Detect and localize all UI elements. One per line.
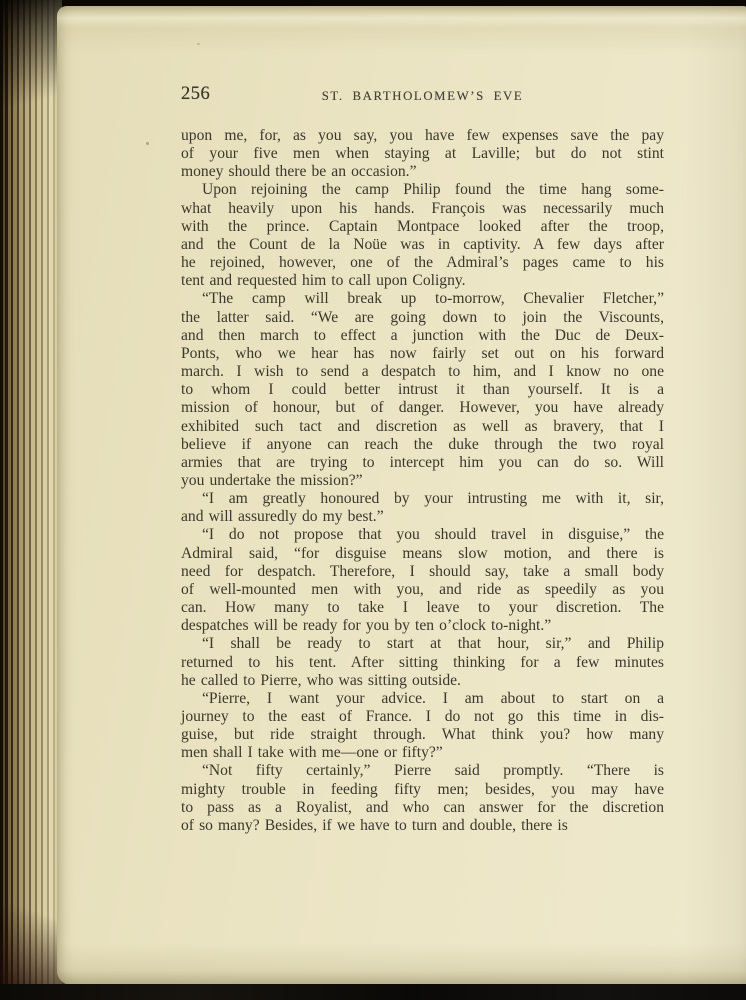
text-line: the latter said. “We are going down to j… (181, 309, 664, 327)
paper-speck (146, 142, 149, 145)
text-line: what heavily upon his hands. François wa… (181, 200, 664, 218)
text-line: and then march to effect a junction with… (181, 327, 664, 345)
text-line: you undertake the mission?” (181, 472, 664, 490)
text-line: march. I wish to send a despatch to him,… (181, 363, 664, 381)
text-line: “I do not propose that you should travel… (181, 526, 664, 544)
text-line: need for despatch. Therefore, I should s… (181, 563, 664, 581)
text-line: “Pierre, I want your advice. I am about … (181, 690, 664, 708)
text-line: “The camp will break up to-morrow, Cheva… (181, 290, 664, 308)
text-line: money should there be an occasion.” (181, 163, 664, 181)
text-line: returned to his tent. After sitting thin… (181, 654, 664, 672)
text-line: believe if anyone can reach the duke thr… (181, 436, 664, 454)
text-line: “I am greatly honoured by your intrustin… (181, 490, 664, 508)
text-line: journey to the east of France. I do not … (181, 708, 664, 726)
text-line: to whom I could better intrust it than y… (181, 381, 664, 399)
running-title: ST. BARTHOLOMEW’S EVE (181, 89, 664, 104)
book-photo: 256 ST. BARTHOLOMEW’S EVE upon me, for, … (0, 0, 746, 1000)
text-line: men shall I take with me—one or fifty?” (181, 744, 664, 762)
page-text: upon me, for, as you say, you have few e… (181, 127, 664, 835)
text-line: Admiral said, “for disguise means slow m… (181, 545, 664, 563)
text-line: of so many? Besides, if we have to turn … (181, 817, 664, 835)
text-line: guise, but ride straight through. What t… (181, 726, 664, 744)
text-line: despatches will be ready for you by ten … (181, 617, 664, 635)
text-line: and the Count de la Noüe was in captivit… (181, 236, 664, 254)
text-line: exhibited such tact and discretion as we… (181, 418, 664, 436)
text-line: and will assuredly do my best.” (181, 508, 664, 526)
text-line: tent and requested him to call upon Coli… (181, 272, 664, 290)
text-line: mighty trouble in feeding fifty men; bes… (181, 781, 664, 799)
text-line: mission of honour, but of danger. Howeve… (181, 399, 664, 417)
book-bottom-edge (0, 984, 746, 1000)
text-line: upon me, for, as you say, you have few e… (181, 127, 664, 145)
text-line: armies that are trying to intercept him … (181, 454, 664, 472)
text-line: “I shall be ready to start at that hour,… (181, 635, 664, 653)
text-line: Upon rejoining the camp Philip found the… (181, 181, 664, 199)
text-line: Ponts, who we hear has now fairly set ou… (181, 345, 664, 363)
text-line: with the prince. Captain Montpace looked… (181, 218, 664, 236)
text-line: of your five men when staying at Laville… (181, 145, 664, 163)
paper-speck (197, 43, 200, 45)
text-line: he called to Pierre, who was sitting out… (181, 672, 664, 690)
text-line: of well-mounted men with you, and ride a… (181, 581, 664, 599)
book-page: 256 ST. BARTHOLOMEW’S EVE upon me, for, … (57, 6, 746, 985)
text-line: “Not fifty certainly,” Pierre said promp… (181, 762, 664, 780)
text-line: can. How many to take I leave to your di… (181, 599, 664, 617)
text-line: to pass as a Royalist, and who can answe… (181, 799, 664, 817)
book-page-edges (0, 0, 62, 1000)
text-line: he rejoined, however, one of the Admiral… (181, 254, 664, 272)
